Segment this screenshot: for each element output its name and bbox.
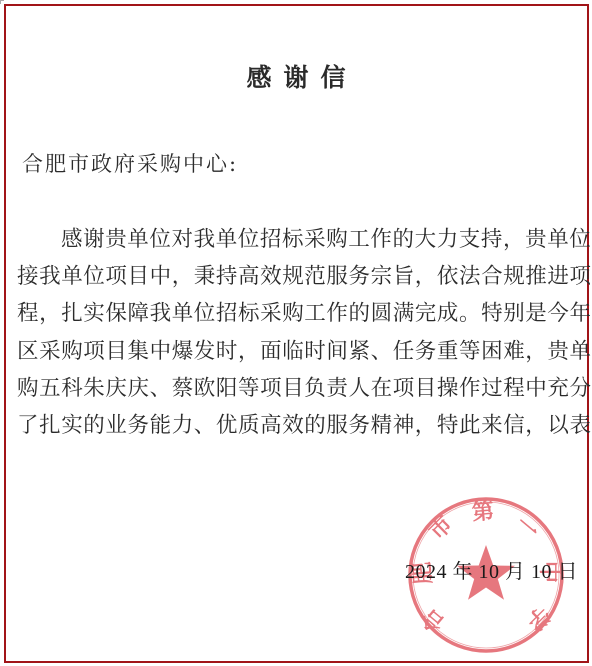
body-line-4: 区采购项目集中爆发时，面临时间紧、任务重等困难，贵单位采	[17, 333, 569, 370]
date-day-unit: 日	[558, 561, 579, 583]
letter-salutation: 合肥市政府采购中心:	[22, 148, 238, 178]
letter-title: 感谢信	[0, 58, 592, 94]
date-day: 10	[531, 561, 552, 583]
body-line-2: 接我单位项目中，秉持高效规范服务宗旨，依法合规推进项目进	[17, 258, 569, 295]
date-year-unit: 年	[453, 561, 474, 583]
body-line-1: 感谢贵单位对我单位招标采购工作的大力支持，贵单位在承	[17, 221, 569, 258]
body-line-5: 购五科朱庆庆、蔡欧阳等项目负责人在项目操作过程中充分体现	[17, 370, 569, 407]
date-month: 10	[479, 561, 500, 583]
body-line-3: 程，扎实保障我单位招标采购工作的圆满完成。特别是今年新校	[17, 295, 569, 332]
date-year: 2024	[405, 561, 447, 583]
letter-date: 2024 年 10 月 10 日	[405, 555, 578, 584]
body-line-6: 了扎实的业务能力、优质高效的服务精神，特此来信，以表为感。	[17, 407, 569, 444]
letter-body: 感谢贵单位对我单位招标采购工作的大力支持，贵单位在承 接我单位项目中，秉持高效规…	[17, 221, 569, 444]
date-month-unit: 月	[505, 561, 526, 583]
